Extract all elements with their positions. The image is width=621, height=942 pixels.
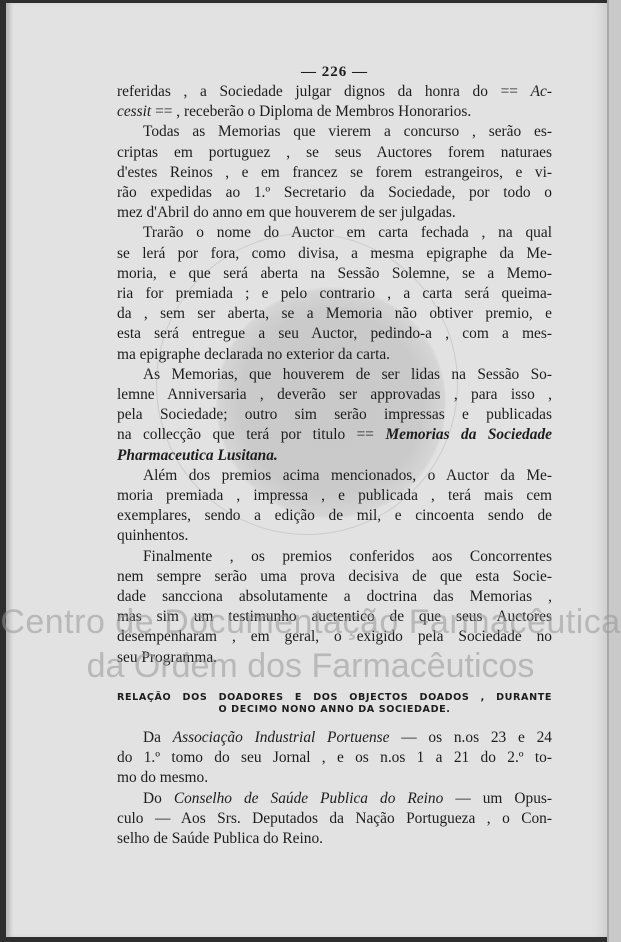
text-line: esta será entregue a seu Auctor, pedindo… bbox=[117, 324, 552, 344]
page-text: — 226 — referidas , a Sociedade julgar d… bbox=[117, 64, 552, 849]
italic-text: Associação Industrial Portuense bbox=[173, 729, 390, 746]
watermark-line-1: Centro de Documentação Farmacêutica bbox=[0, 604, 621, 640]
text-line: quinhentos. bbox=[117, 526, 552, 546]
paragraph-3: Trarão o nome do Auctor em carta fechada… bbox=[117, 223, 552, 364]
text-line: Além dos premios acima mencionados, o Au… bbox=[117, 466, 552, 486]
text-line: rão expedidas ao 1.º Secretario da Socie… bbox=[117, 183, 552, 203]
text-line: ria for premiada ; e pelo contrario , a … bbox=[117, 284, 552, 304]
italic-text: Ac- bbox=[531, 83, 552, 100]
paragraph-5: Além dos premios acima mencionados, o Au… bbox=[117, 466, 552, 547]
text-line: mez d'Abril do anno em que houverem de s… bbox=[117, 203, 552, 223]
heading-line: RELAÇÃO DOS DOADORES E DOS OBJECTOS DOAD… bbox=[117, 692, 552, 704]
paragraph-2: Todas as Memorias que vierem a concurso … bbox=[117, 122, 552, 223]
text-line: da , sem ser aberta, se a Memoria não ob… bbox=[117, 304, 552, 324]
text-line: nem sempre serão uma prova decisiva de q… bbox=[117, 567, 552, 587]
italic-text: cessit bbox=[117, 103, 151, 120]
text-line: se lerá por fora, como divisa, a mesma e… bbox=[117, 244, 552, 264]
italic-title: Pharmaceutica Lusitana. bbox=[117, 446, 552, 466]
text: referidas , a Sociedade julgar dignos da… bbox=[117, 83, 518, 100]
text-line: Trarão o nome do Auctor em carta fechada… bbox=[117, 223, 552, 243]
text-line: lemne Anniversaria , deverão ser approva… bbox=[117, 385, 552, 405]
text-line: moria premiada , impressa , e publicada … bbox=[117, 486, 552, 506]
text: na collecção que terá por titulo == bbox=[117, 426, 374, 443]
book-spine-edge bbox=[607, 0, 621, 942]
text: — os n.os 23 e 24 bbox=[401, 729, 552, 746]
text-line: pela Sociedade; outro sim serão impressa… bbox=[117, 405, 552, 425]
text-line: d'estes Reinos , e em francez se forem e… bbox=[117, 163, 552, 183]
text-line: exemplares, sendo a edição de mil, e cin… bbox=[117, 506, 552, 526]
paragraph-1: referidas , a Sociedade julgar dignos da… bbox=[117, 82, 552, 122]
text-line: mo do mesmo. bbox=[117, 768, 552, 788]
italic-title: Memorias da Sociedade bbox=[385, 426, 552, 443]
heading-line: O DECIMO NONO ANNO DA SOCIEDADE. bbox=[117, 704, 552, 716]
text-line: Todas as Memorias que vierem a concurso … bbox=[117, 122, 552, 142]
text-line: selho de Saúde Publica do Reino. bbox=[117, 829, 552, 849]
text-line: culo — Aos Srs. Deputados da Nação Portu… bbox=[117, 809, 552, 829]
text-line: ma epigraphe declarada no exterior da ca… bbox=[117, 345, 552, 365]
text: Da bbox=[143, 729, 161, 746]
section-heading: RELAÇÃO DOS DOADORES E DOS OBJECTOS DOAD… bbox=[117, 692, 552, 716]
text: == , receberão o Diploma de Membros Hono… bbox=[155, 103, 471, 120]
text-line: As Memorias, que houverem de ser lidas n… bbox=[117, 365, 552, 385]
page-number: — 226 — bbox=[117, 64, 552, 80]
text-line: criptas em portuguez , se seus Auctores … bbox=[117, 143, 552, 163]
text-line: do 1.º tomo do seu Jornal , e os n.os 1 … bbox=[117, 748, 552, 768]
text: Do bbox=[143, 790, 162, 807]
text-line: Finalmente , os premios conferidos aos C… bbox=[117, 547, 552, 567]
paragraph-4: As Memorias, que houverem de ser lidas n… bbox=[117, 365, 552, 466]
italic-text: Conselho de Saúde Publica do Reino bbox=[174, 790, 443, 807]
paragraph-8: Do Conselho de Saúde Publica do Reino — … bbox=[117, 789, 552, 850]
text-line: moria, e que será aberta na Sessão Solem… bbox=[117, 264, 552, 284]
paragraph-7: Da Associação Industrial Portuense — os … bbox=[117, 728, 552, 789]
watermark-line-2: da Ordem dos Farmacêuticos bbox=[0, 648, 621, 684]
text: — um Opus- bbox=[455, 790, 552, 807]
